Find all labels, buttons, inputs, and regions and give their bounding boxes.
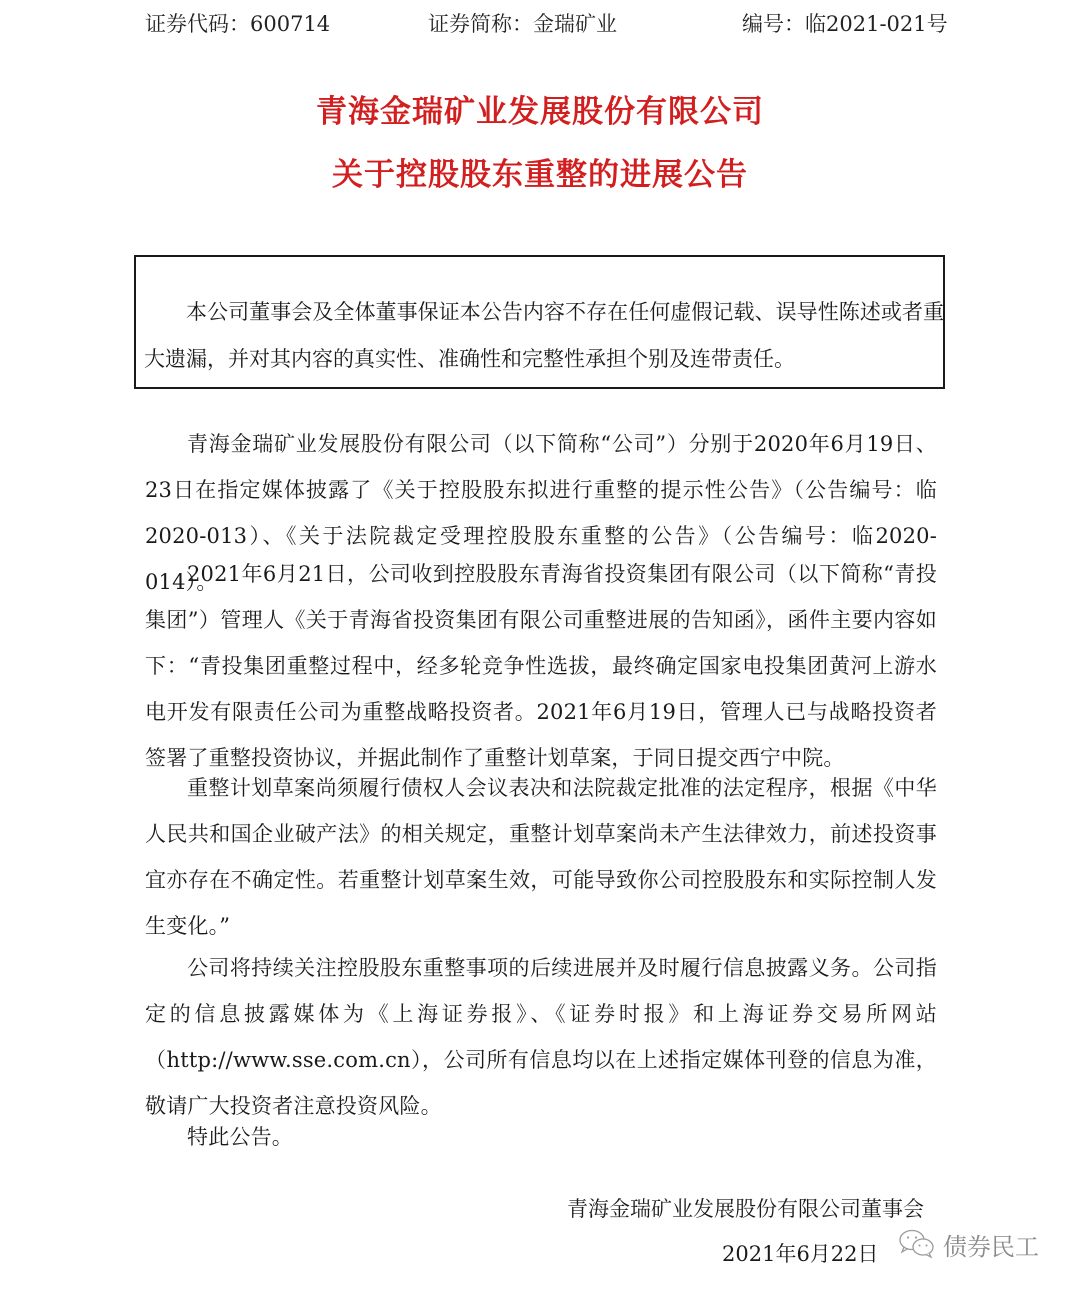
disclaimer-box: 本公司董事会及全体董事保证本公告内容不存在任何虚假记载、误导性陈述或者重大遗漏，… bbox=[134, 255, 945, 389]
body-paragraph: 重整计划草案尚须履行债权人会议表决和法院裁定批准的法定程序，根据《中华人民共和国… bbox=[145, 765, 937, 949]
stock-code: 证券代码：600714 bbox=[145, 8, 330, 38]
signature-date: 2021年6月22日 bbox=[722, 1238, 879, 1268]
disclaimer-text: 本公司董事会及全体董事保证本公告内容不存在任何虚假记载、误导性陈述或者重大遗漏，… bbox=[144, 289, 944, 383]
body-paragraph: 公司将持续关注控股股东重整事项的后续进展并及时履行信息披露义务。公司指定的信息披… bbox=[145, 945, 937, 1129]
body-paragraph: 2021年6月21日，公司收到控股股东青海省投资集团有限公司（以下简称“青投集团… bbox=[145, 551, 937, 781]
document-header: 证券代码：600714 证券简称：金瑞矿业 编号：临2021-021号 bbox=[145, 8, 935, 40]
title-subject: 关于控股股东重整的进展公告 bbox=[0, 149, 1080, 194]
title-company: 青海金瑞矿业发展股份有限公司 bbox=[0, 86, 1080, 131]
closing-paragraph: 特此公告。 bbox=[145, 1114, 937, 1160]
watermark-label: 债券民工 bbox=[943, 1227, 1039, 1262]
watermark: 债券民工 bbox=[897, 1226, 1039, 1262]
document-number: 编号：临2021-021号 bbox=[742, 8, 948, 38]
signature-board: 青海金瑞矿业发展股份有限公司董事会 bbox=[567, 1193, 924, 1223]
stock-abbreviation: 证券简称：金瑞矿业 bbox=[428, 8, 617, 38]
wechat-icon bbox=[897, 1228, 937, 1260]
